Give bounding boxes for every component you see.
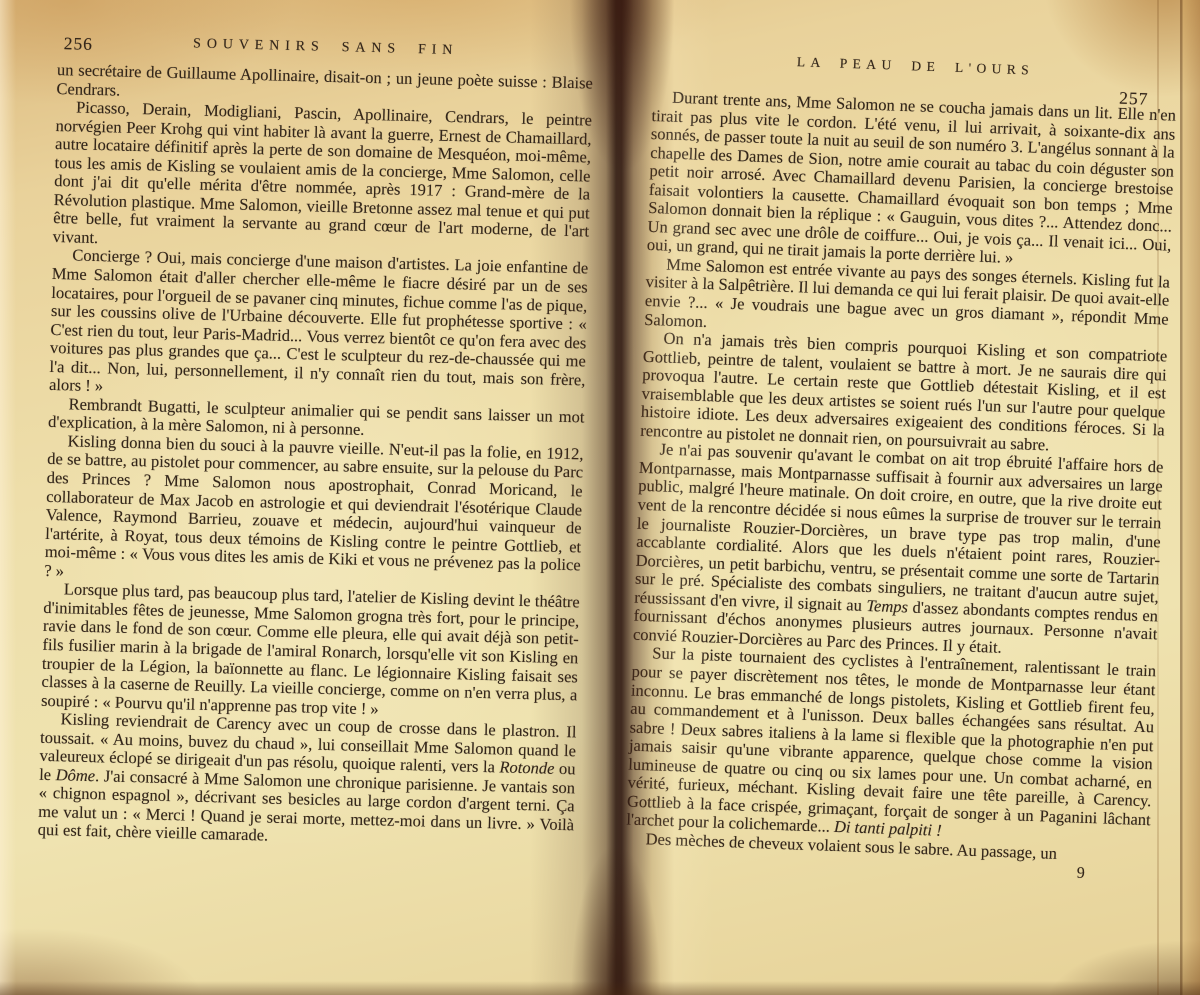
- text-run: Concierge ? Oui, mais concierge d'une ma…: [49, 246, 589, 396]
- left-page-text: un secrétaire de Guillaume Apollinaire, …: [38, 61, 594, 853]
- page-number-left: 256: [63, 34, 93, 53]
- open-book-photo: 256 SOUVENIRS SANS FIN un secrétaire de …: [0, 0, 1200, 995]
- running-title-left: SOUVENIRS SANS FIN: [58, 32, 594, 64]
- book-gutter-shadow: [530, 0, 715, 995]
- text-run: Picasso, Derain, Modigliani, Pascin, Apo…: [53, 98, 593, 247]
- paragraph: Kisling reviendrait de Carency avec un c…: [38, 710, 577, 853]
- paragraph: Durant trente ans, Mme Salomon ne se cou…: [647, 88, 1177, 274]
- text-run: On n'a jamais très bien compris pourquoi…: [640, 329, 1168, 455]
- left-page-edge-highlight: [0, 0, 16, 995]
- paragraph: On n'a jamais très bien compris pourquoi…: [640, 329, 1168, 459]
- paragraph: Kisling donna bien du souci à la pauvre …: [44, 432, 584, 594]
- paragraph: Concierge ? Oui, mais concierge d'une ma…: [49, 246, 589, 408]
- italic-text: Dôme: [56, 765, 96, 785]
- right-running-head: LA PEAU DE L'OURS 257: [653, 48, 1178, 91]
- running-title-right: LA PEAU DE L'OURS: [653, 48, 1177, 85]
- paragraph: Picasso, Derain, Modigliani, Pascin, Apo…: [53, 98, 593, 260]
- text-run: Kisling donna bien du souci à la pauvre …: [44, 431, 584, 580]
- page-number-right: 257: [1119, 89, 1149, 109]
- italic-text: Temps: [866, 596, 908, 616]
- paragraph: Lorsque plus tard, pas beaucoup plus tar…: [41, 580, 580, 723]
- bottom-edge-shadow: [0, 981, 1200, 995]
- left-page: 256 SOUVENIRS SANS FIN un secrétaire de …: [38, 32, 594, 853]
- right-page-crease: [1157, 0, 1159, 995]
- right-page-edge: [1180, 0, 1200, 995]
- text-run: . J'ai consacré à Mme Salomon une chroni…: [38, 766, 576, 845]
- text-run: Lorsque plus tard, pas beaucoup plus tar…: [41, 580, 580, 718]
- text-run: Durant trente ans, Mme Salomon ne se cou…: [647, 88, 1177, 268]
